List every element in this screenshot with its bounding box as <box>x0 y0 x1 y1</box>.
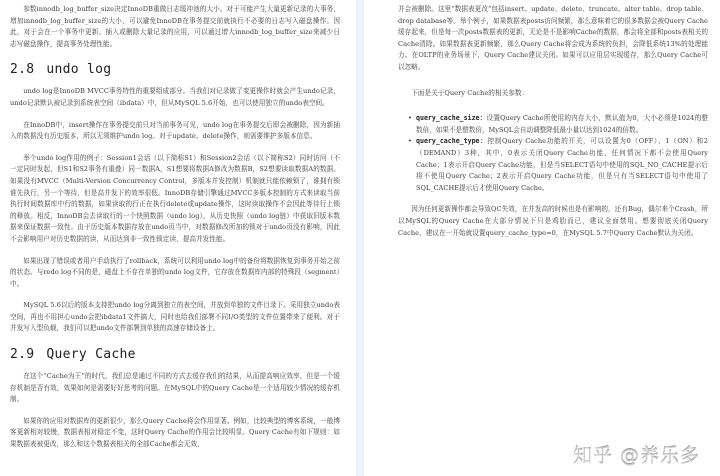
closing-paragraph: 因为任何更新操作都会导致QC失效，在并发高的时候也是有影响的，还有Bug，偶尔来… <box>398 204 708 239</box>
param-name: query_cache_size： <box>416 114 487 122</box>
undo-paragraph-5: MySQL 5.6以后的版本支持把undo log分离到独立的表空间，并放到单独… <box>10 300 340 335</box>
page-gutter <box>356 0 364 476</box>
section-heading-undo-log: 2.8undo log <box>10 60 340 80</box>
section-number: 2.9 <box>10 347 34 362</box>
document-page-right: 并会被删除。这里“数据表更改”包括insert、update、delete、tr… <box>364 0 720 476</box>
query-cache-paragraph-2: 如果你的应用对数据库的更新很少，那么Query Cache将会作用显著。例如，比… <box>10 416 340 451</box>
undo-paragraph-1: undo log是InnoDB MVCC事务特性的重要组成部分。当我们对记录做了… <box>10 86 340 109</box>
param-item-query-cache-type: query_cache_type：控制Query Cache功能的开关，可以设置… <box>408 136 708 194</box>
spacer <box>10 246 340 256</box>
spacer <box>398 194 708 204</box>
continuation-paragraph: 并会被删除。这里“数据表更改”包括insert、update、delete、tr… <box>398 4 708 74</box>
params-list: query_cache_size：设置Query Cache所使用的内存大小，默… <box>398 113 708 194</box>
document-page-left: 参数innodb_log_buffer_size决定InnoDB重做日志缓冲池的… <box>0 0 356 476</box>
spacer <box>10 50 340 60</box>
spacer <box>10 290 340 300</box>
section-title: Query Cache <box>46 347 135 362</box>
spacer <box>10 406 340 416</box>
spacer <box>10 335 340 345</box>
undo-paragraph-4: 如果出现了错误或者用户手动执行了rollback，系统可以利用undo log中… <box>10 256 340 291</box>
undo-paragraph-3: 举个undo log作用的例子：Session1会话（以下简称S1）和Sessi… <box>10 153 340 246</box>
undo-paragraph-2: 在InnoDB中，insert操作在事务提交前只对当前事务可见，undo log… <box>10 120 340 143</box>
spacer <box>10 110 340 120</box>
section-title: undo log <box>46 62 111 77</box>
param-description: 控制Query Cache功能的开关，可以设置为0（OFF）、1（ON）和2（D… <box>416 137 708 191</box>
params-intro: 下面是关于Query Cache的相关参数： <box>398 88 708 100</box>
query-cache-paragraph-1: 在这个“Cache为王”的时代，我们总是通过不同的方式去缓存我们的结果，从而提高… <box>10 371 340 406</box>
watermark-text: 知乎 @养乐多 <box>573 441 700 468</box>
spacer <box>10 143 340 153</box>
section-number: 2.8 <box>10 62 34 77</box>
spacer <box>398 74 708 88</box>
param-item-query-cache-size: query_cache_size：设置Query Cache所使用的内存大小，默… <box>408 113 708 136</box>
intro-paragraph: 参数innodb_log_buffer_size决定InnoDB重做日志缓冲池的… <box>10 4 340 50</box>
param-name: query_cache_type： <box>416 137 487 145</box>
section-heading-query-cache: 2.9Query Cache <box>10 345 340 365</box>
spacer <box>398 99 708 113</box>
